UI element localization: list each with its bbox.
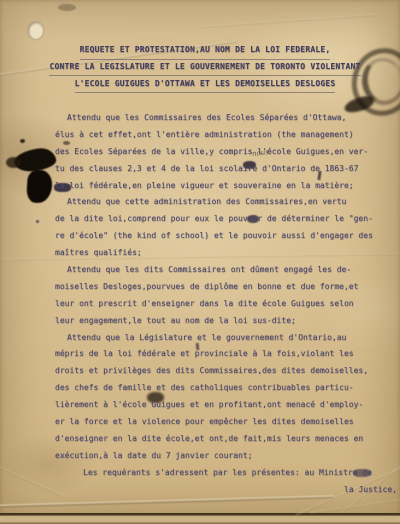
typed-line: Attendu que les dits Commissaires ont dû… (55, 262, 397, 279)
typed-line: lièrement à l'école Guigues et en profit… (55, 397, 397, 414)
typed-line: re d'école" (the kind of school) et le p… (55, 228, 397, 245)
typed-line: exécution,à la date du 7 janvier courant… (55, 448, 397, 465)
typed-line: moiselles Desloges,pourvues de diplôme e… (55, 279, 397, 296)
typed-line: droits et privilèges des dits Commissair… (55, 363, 397, 380)
typed-line: élus à cet effet,ont l'entière administr… (55, 127, 397, 144)
typed-line: leur ont prescrit d'enseigner dans la di… (55, 296, 397, 313)
typed-line: Les requérants s'adressent par les prése… (55, 465, 397, 482)
typed-line: tu des clauses 2,3 et 4 de la loi scolai… (55, 161, 397, 178)
typed-line: maîtres qualifiés; (55, 245, 397, 262)
typed-line: d'enseigner en la dite école,et ont,de f… (55, 431, 397, 448)
typed-line: des Ecoles Séparées de la ville,y compri… (55, 144, 397, 161)
title-line: CONTRE LA LEGISLATURE ET LE GOUVERNEMENT… (40, 60, 370, 77)
document-body: Attendu que les Commissaires des Ecoles … (55, 110, 397, 498)
typed-line: des chefs de famille et des catholiques … (55, 380, 397, 397)
typed-line: mépris de la loi fédérale et provinciale… (55, 346, 397, 363)
typewritten-text-layer: REQUETE ET PROTESTATION,AU NOM DE LA LOI… (0, 0, 400, 524)
closing-line: la Justice, (55, 482, 397, 499)
scanned-document-photo: REQUETE ET PROTESTATION,AU NOM DE LA LOI… (0, 0, 400, 524)
typed-line: Attendu que la Législature et le gouvern… (55, 330, 397, 347)
typed-line: er la force et la violence pour empêcher… (55, 414, 397, 431)
typed-line: de la dite loi,comprend pour eux le pouv… (55, 211, 397, 228)
typed-line: leur engagement,le tout au nom de la loi… (55, 313, 397, 330)
document-title: REQUETE ET PROTESTATION,AU NOM DE LA LOI… (40, 43, 370, 94)
title-line: REQUETE ET PROTESTATION,AU NOM DE LA LOI… (40, 43, 370, 60)
title-line: L'ECOLE GUIGUES D'OTTAWA ET LES DEMOISEL… (40, 77, 370, 94)
typed-line: la loi fédérale,en pleine vigueur et sou… (55, 178, 397, 195)
typed-line: Attendu que les Commissaires des Ecoles … (55, 110, 397, 127)
typed-line: Attendu que cette administration des Com… (55, 194, 397, 211)
